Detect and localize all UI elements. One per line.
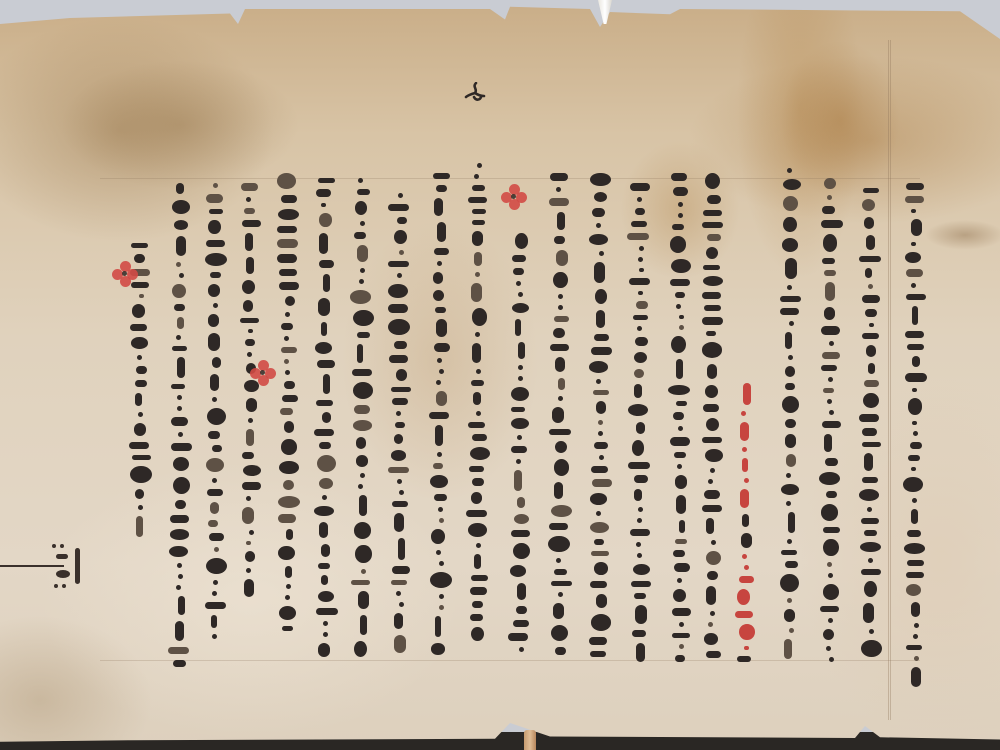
ink-stroke bbox=[633, 315, 648, 320]
ink-stroke bbox=[628, 404, 648, 416]
ink-stroke bbox=[827, 562, 832, 567]
ink-stroke bbox=[823, 527, 840, 533]
ink-stroke bbox=[137, 355, 142, 360]
ink-stroke bbox=[630, 183, 650, 191]
ink-stroke bbox=[206, 194, 223, 203]
ink-stroke bbox=[284, 359, 289, 364]
ink-stroke bbox=[592, 479, 612, 487]
ink-stroke bbox=[135, 489, 144, 499]
ink-stroke bbox=[210, 502, 219, 513]
ink-stroke bbox=[639, 268, 644, 273]
ink-stroke bbox=[392, 566, 410, 573]
ink-stroke bbox=[598, 431, 603, 436]
ink-stroke bbox=[430, 475, 447, 488]
ink-stroke bbox=[635, 605, 647, 625]
ink-stroke bbox=[860, 542, 881, 553]
ink-stroke bbox=[437, 358, 442, 363]
ink-stroke bbox=[246, 496, 251, 501]
ink-stroke bbox=[678, 426, 683, 431]
ink-stroke bbox=[865, 268, 873, 278]
ink-stroke bbox=[439, 518, 444, 523]
ink-stroke bbox=[677, 578, 682, 583]
ink-stroke bbox=[130, 466, 152, 483]
ink-stroke bbox=[679, 315, 684, 320]
ink-stroke bbox=[631, 581, 651, 586]
ink-stroke bbox=[634, 489, 642, 501]
ink-stroke bbox=[316, 608, 338, 615]
ink-stroke bbox=[392, 398, 408, 404]
ink-stroke bbox=[866, 235, 875, 249]
ink-stroke bbox=[735, 611, 753, 618]
ink-stroke bbox=[279, 282, 299, 290]
ink-stroke bbox=[785, 434, 797, 448]
ink-stroke bbox=[319, 478, 333, 489]
ink-stroke bbox=[675, 475, 687, 489]
ink-stroke bbox=[360, 615, 368, 635]
ink-stroke bbox=[321, 203, 326, 208]
ink-stroke bbox=[355, 545, 371, 563]
ink-stroke bbox=[632, 440, 644, 456]
ink-stroke bbox=[474, 174, 479, 179]
ink-stroke bbox=[783, 217, 796, 233]
ink-stroke bbox=[707, 364, 717, 380]
ink-stroke bbox=[360, 268, 365, 273]
ink-stroke bbox=[711, 540, 716, 545]
ink-stroke bbox=[399, 250, 404, 255]
ink-stroke bbox=[279, 269, 297, 276]
ink-stroke bbox=[599, 251, 604, 256]
ink-stroke bbox=[821, 365, 838, 370]
ink-stroke bbox=[212, 478, 217, 483]
ink-stroke bbox=[638, 257, 643, 262]
ink-stroke bbox=[866, 345, 876, 357]
ink-stroke bbox=[702, 505, 722, 512]
ink-stroke bbox=[395, 422, 405, 428]
ink-stroke bbox=[743, 383, 751, 405]
ink-stroke bbox=[176, 335, 181, 340]
ink-stroke bbox=[135, 393, 142, 405]
ink-stroke bbox=[556, 187, 561, 192]
ink-stroke bbox=[511, 407, 526, 412]
ink-stroke bbox=[907, 560, 924, 566]
ink-stroke bbox=[861, 640, 882, 657]
ink-stroke bbox=[285, 595, 290, 600]
ink-stroke bbox=[551, 505, 572, 517]
ink-stroke bbox=[863, 188, 879, 193]
ink-stroke bbox=[788, 512, 795, 533]
ink-stroke bbox=[785, 419, 796, 427]
ink-stroke bbox=[518, 365, 523, 370]
ink-stroke bbox=[596, 594, 607, 609]
ink-stroke bbox=[786, 454, 796, 467]
script-line bbox=[235, 180, 265, 600]
ink-stroke bbox=[784, 609, 795, 622]
ink-stroke bbox=[599, 455, 604, 460]
ink-stroke bbox=[357, 344, 364, 363]
margin-line bbox=[0, 565, 64, 567]
ink-stroke bbox=[590, 581, 607, 588]
ink-stroke bbox=[169, 546, 188, 557]
ink-stroke bbox=[864, 380, 880, 387]
ink-stroke bbox=[911, 242, 916, 247]
ink-stroke bbox=[821, 220, 843, 228]
ink-stroke bbox=[820, 606, 839, 612]
ink-stroke bbox=[636, 542, 641, 547]
ink-stroke bbox=[511, 530, 531, 536]
ink-stroke bbox=[171, 443, 192, 451]
ink-stroke bbox=[823, 584, 839, 600]
ink-stroke bbox=[596, 511, 601, 516]
ink-stroke bbox=[675, 539, 687, 544]
ink-stroke bbox=[869, 629, 874, 634]
ink-stroke bbox=[399, 490, 404, 495]
script-line bbox=[165, 180, 195, 670]
ink-stroke bbox=[396, 591, 401, 596]
ink-stroke bbox=[512, 303, 529, 313]
ink-stroke bbox=[173, 660, 186, 667]
ink-stroke bbox=[639, 246, 644, 251]
ink-stroke bbox=[316, 189, 331, 197]
ink-stroke bbox=[824, 307, 835, 321]
ink-stroke bbox=[129, 442, 149, 449]
ink-stroke bbox=[742, 554, 747, 559]
ink-stroke bbox=[741, 411, 746, 416]
ink-stroke bbox=[823, 629, 833, 640]
ink-stroke bbox=[517, 435, 522, 440]
ink-stroke bbox=[786, 473, 791, 478]
ink-stroke bbox=[555, 647, 566, 655]
ink-stroke bbox=[278, 514, 296, 523]
ink-stroke bbox=[670, 279, 691, 286]
ink-stroke bbox=[558, 305, 563, 310]
ink-stroke bbox=[286, 584, 291, 589]
ink-stroke bbox=[679, 644, 684, 649]
ink-stroke bbox=[634, 352, 647, 363]
ink-stroke bbox=[208, 431, 219, 440]
ink-stroke bbox=[703, 276, 723, 287]
ink-stroke bbox=[212, 634, 217, 639]
ink-stroke bbox=[277, 173, 296, 189]
ink-stroke bbox=[511, 446, 527, 452]
ink-stroke bbox=[784, 639, 793, 659]
ink-stroke bbox=[678, 213, 683, 218]
ink-stroke bbox=[277, 226, 297, 232]
ink-stroke bbox=[177, 357, 185, 378]
ink-stroke bbox=[431, 529, 445, 544]
ink-stroke bbox=[783, 179, 801, 190]
ink-stroke bbox=[434, 198, 443, 217]
ink-stroke bbox=[285, 296, 295, 307]
ink-stroke bbox=[596, 379, 601, 384]
ink-stroke bbox=[911, 219, 922, 235]
ink-stroke bbox=[676, 495, 685, 514]
ink-stroke bbox=[278, 209, 299, 221]
ink-stroke bbox=[281, 195, 297, 203]
ink-stroke bbox=[471, 575, 488, 581]
ink-stroke bbox=[674, 452, 685, 458]
ink-stroke bbox=[596, 223, 601, 228]
ink-stroke bbox=[315, 342, 333, 354]
ink-stroke bbox=[859, 256, 881, 262]
ink-stroke bbox=[173, 477, 190, 495]
ink-stroke bbox=[353, 420, 372, 431]
ink-stroke bbox=[865, 309, 877, 317]
ink-stroke bbox=[825, 458, 838, 466]
ink-stroke bbox=[397, 273, 402, 278]
ink-stroke bbox=[630, 529, 650, 537]
ink-stroke bbox=[739, 576, 754, 583]
ink-stroke bbox=[284, 336, 289, 341]
ink-stroke bbox=[131, 337, 147, 349]
ink-stroke bbox=[824, 178, 835, 189]
script-line bbox=[815, 175, 845, 665]
ink-stroke bbox=[318, 563, 331, 569]
ink-stroke bbox=[627, 233, 648, 240]
ink-stroke bbox=[397, 479, 402, 484]
ink-stroke bbox=[472, 434, 487, 441]
ink-stroke bbox=[629, 278, 650, 284]
ink-stroke bbox=[213, 580, 218, 585]
ink-stroke bbox=[914, 623, 919, 628]
script-line bbox=[347, 175, 377, 660]
ink-stroke bbox=[353, 310, 374, 327]
ink-stroke bbox=[208, 220, 220, 234]
ink-stroke bbox=[912, 421, 917, 426]
ink-stroke bbox=[785, 258, 797, 279]
ink-stroke bbox=[136, 516, 144, 537]
ink-stroke bbox=[517, 497, 525, 508]
ink-stroke bbox=[139, 294, 144, 299]
ink-stroke bbox=[391, 580, 407, 585]
ink-stroke bbox=[554, 482, 563, 499]
ink-stroke bbox=[513, 620, 529, 627]
ink-stroke bbox=[132, 304, 145, 317]
ink-stroke bbox=[787, 168, 792, 173]
ink-stroke bbox=[246, 398, 257, 412]
ink-stroke bbox=[433, 290, 443, 300]
script-line bbox=[665, 170, 695, 665]
ink-stroke bbox=[822, 258, 835, 264]
ink-stroke bbox=[638, 291, 643, 296]
ink-stroke bbox=[131, 243, 148, 248]
ink-stroke bbox=[397, 217, 407, 224]
ink-stroke bbox=[471, 283, 482, 303]
ink-stroke bbox=[594, 442, 608, 448]
ink-stroke bbox=[822, 421, 841, 428]
ink-stroke bbox=[475, 272, 480, 277]
ink-stroke bbox=[912, 356, 919, 367]
ink-stroke bbox=[466, 510, 487, 518]
ink-stroke bbox=[468, 523, 486, 537]
ink-stroke bbox=[786, 501, 791, 506]
script-line bbox=[385, 190, 415, 660]
ink-stroke bbox=[278, 496, 300, 508]
ink-stroke bbox=[782, 396, 800, 413]
ink-stroke bbox=[132, 455, 151, 460]
ink-stroke bbox=[705, 173, 720, 189]
ink-stroke bbox=[211, 615, 217, 628]
ink-stroke bbox=[677, 464, 682, 469]
stain bbox=[60, 60, 300, 190]
ink-stroke bbox=[242, 220, 262, 227]
ink-stroke bbox=[906, 183, 925, 190]
ink-stroke bbox=[863, 393, 879, 408]
ink-stroke bbox=[590, 522, 609, 533]
ink-stroke bbox=[388, 261, 409, 267]
ink-stroke bbox=[246, 568, 251, 573]
ink-stroke bbox=[323, 274, 330, 293]
ink-stroke bbox=[468, 197, 487, 203]
ink-stroke bbox=[475, 332, 480, 337]
ink-stroke bbox=[434, 343, 451, 352]
ink-stroke bbox=[205, 253, 226, 266]
red-quatrefoil-ornament bbox=[112, 261, 138, 287]
ink-stroke bbox=[638, 507, 643, 512]
ink-stroke bbox=[554, 569, 567, 574]
ink-stroke bbox=[477, 163, 482, 168]
ink-stroke bbox=[741, 533, 752, 548]
ink-stroke bbox=[389, 355, 408, 363]
ink-stroke bbox=[433, 463, 443, 469]
ink-stroke bbox=[321, 322, 327, 336]
ink-stroke bbox=[907, 344, 923, 351]
ink-stroke bbox=[285, 370, 290, 375]
ink-stroke bbox=[470, 587, 487, 595]
ink-stroke bbox=[516, 281, 521, 286]
ink-stroke bbox=[174, 220, 189, 230]
ink-stroke bbox=[138, 412, 143, 417]
ink-stroke bbox=[518, 376, 523, 381]
petal bbox=[260, 370, 265, 375]
ink-stroke bbox=[821, 504, 838, 520]
ink-stroke bbox=[868, 558, 873, 563]
ink-stroke bbox=[471, 627, 484, 642]
ink-stroke bbox=[829, 657, 834, 662]
ink-stroke bbox=[828, 377, 833, 382]
ink-stroke bbox=[787, 539, 792, 544]
ink-stroke bbox=[634, 593, 646, 599]
ink-stroke bbox=[549, 429, 571, 435]
ink-stroke bbox=[248, 418, 253, 423]
script-line bbox=[463, 160, 493, 650]
ink-stroke bbox=[177, 317, 184, 329]
ink-stroke bbox=[869, 323, 874, 328]
ink-stroke bbox=[825, 282, 834, 301]
ink-stroke bbox=[172, 284, 185, 298]
ink-stroke bbox=[634, 475, 648, 483]
ink-stroke bbox=[828, 573, 833, 578]
ink-stroke bbox=[246, 197, 251, 202]
ink-stroke bbox=[208, 520, 218, 527]
ink-stroke bbox=[130, 324, 147, 331]
petal bbox=[122, 271, 127, 276]
ink-stroke bbox=[516, 606, 527, 614]
ink-stroke bbox=[594, 539, 604, 545]
ink-stroke bbox=[210, 272, 221, 278]
ink-stroke bbox=[358, 178, 363, 183]
ink-stroke bbox=[912, 498, 917, 503]
ink-stroke bbox=[674, 563, 690, 571]
ink-stroke bbox=[318, 643, 329, 657]
ink-stroke bbox=[553, 328, 565, 338]
ink-stroke bbox=[906, 269, 923, 277]
ink-stroke bbox=[433, 272, 443, 284]
ink-stroke bbox=[704, 305, 721, 311]
ink-stroke bbox=[706, 331, 717, 336]
ink-stroke bbox=[138, 505, 143, 510]
ink-stroke bbox=[824, 434, 832, 452]
ink-stroke bbox=[206, 458, 224, 472]
ink-stroke bbox=[706, 247, 718, 259]
ink-stroke bbox=[212, 397, 217, 402]
stain bbox=[925, 220, 1000, 250]
ink-stroke bbox=[472, 343, 481, 364]
ink-stroke bbox=[207, 489, 223, 496]
ink-stroke bbox=[317, 455, 336, 472]
ink-stroke bbox=[744, 565, 749, 570]
ink-stroke bbox=[214, 547, 219, 552]
ink-stroke bbox=[781, 484, 799, 495]
ink-stroke bbox=[592, 208, 605, 217]
ink-stroke bbox=[911, 667, 920, 687]
script-line bbox=[425, 170, 455, 660]
ink-stroke bbox=[433, 173, 450, 179]
marginal-note bbox=[0, 540, 80, 590]
ink-stroke bbox=[510, 565, 526, 577]
ink-stroke bbox=[594, 262, 605, 283]
ink-stroke bbox=[710, 468, 715, 473]
ink-stroke bbox=[635, 208, 645, 216]
script-line bbox=[625, 180, 655, 665]
ink-stroke bbox=[518, 342, 525, 360]
margin-glyph bbox=[60, 544, 64, 548]
ink-stroke bbox=[357, 332, 370, 338]
ink-stroke bbox=[868, 363, 876, 375]
ink-stroke bbox=[172, 346, 187, 351]
ink-stroke bbox=[594, 562, 608, 574]
ink-stroke bbox=[245, 551, 255, 562]
ink-stroke bbox=[864, 217, 874, 229]
ink-stroke bbox=[824, 270, 836, 276]
ink-stroke bbox=[439, 605, 444, 610]
ink-stroke bbox=[868, 284, 873, 289]
ink-stroke bbox=[246, 429, 254, 446]
ink-stroke bbox=[828, 618, 833, 623]
ink-stroke bbox=[472, 220, 485, 225]
ink-stroke bbox=[826, 646, 831, 651]
margin-glyph bbox=[75, 548, 80, 584]
ink-stroke bbox=[905, 373, 927, 381]
ink-stroke bbox=[906, 584, 921, 596]
ink-stroke bbox=[636, 643, 645, 662]
ink-stroke bbox=[284, 381, 295, 388]
ink-stroke bbox=[862, 477, 878, 483]
ink-stroke bbox=[175, 621, 183, 641]
script-line bbox=[505, 230, 535, 660]
ink-stroke bbox=[742, 447, 747, 452]
ink-stroke bbox=[354, 641, 367, 657]
ink-stroke bbox=[740, 422, 749, 442]
ink-stroke bbox=[319, 260, 334, 268]
ink-stroke bbox=[176, 183, 185, 194]
ink-stroke bbox=[358, 484, 363, 489]
margin-glyph bbox=[56, 554, 68, 559]
ink-stroke bbox=[513, 543, 530, 560]
ink-stroke bbox=[470, 614, 483, 621]
ink-stroke bbox=[175, 500, 186, 509]
ink-stroke bbox=[439, 561, 444, 566]
red-quatrefoil-ornament bbox=[501, 184, 527, 210]
